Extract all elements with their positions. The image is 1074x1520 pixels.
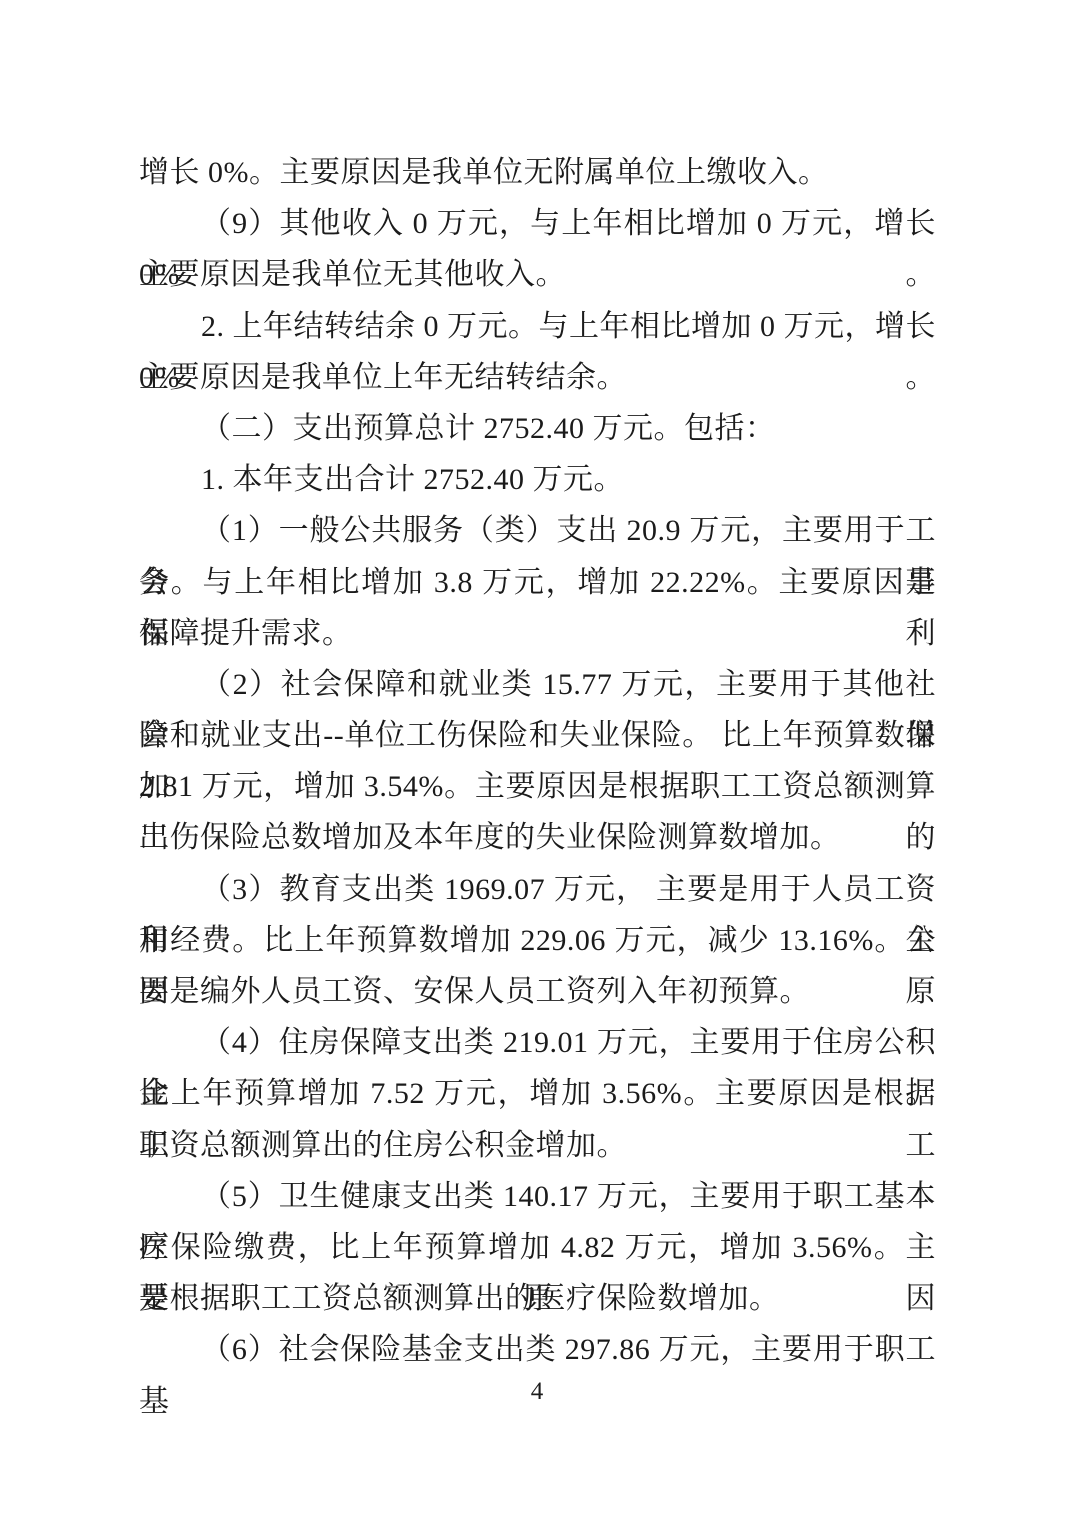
- text-line: （1）一般公共服务（类）支出 20.9 万元，主要用于工会事: [139, 505, 936, 556]
- text-line: （9）其他收入 0 万元，与上年相比增加 0 万元，增长 0%。: [139, 198, 936, 249]
- text-line: 1. 本年支出合计 2752.40 万元。: [139, 454, 936, 505]
- page-number: 4: [0, 1377, 1074, 1407]
- text-line: （4）住房保障支出类 219.01 万元，主要用于住房公积金。: [139, 1017, 936, 1068]
- text-line: 障和就业支出--单位工伤保险和失业保险。 比上年预算数增加: [139, 710, 936, 761]
- text-line: 增长 0%。主要原因是我单位无附属单位上缴收入。: [139, 147, 936, 198]
- text-line: （3）教育支出类 1969.07 万元， 主要是用于人员工资和公: [139, 864, 936, 915]
- text-line: 工伤保险总数增加及本年度的失业保险测算数增加。: [139, 812, 936, 863]
- text-line: 2. 上年结转结余 0 万元。与上年相比增加 0 万元，增长 0%。: [139, 301, 936, 352]
- text-line: （2）社会保障和就业类 15.77 万元，主要用于其他社会保: [139, 659, 936, 710]
- text-line: 务。与上年相比增加 3.8 万元，增加 22.22%。主要原因是福利: [139, 557, 936, 608]
- document-page: 增长 0%。主要原因是我单位无附属单位上缴收入。（9）其他收入 0 万元，与上年…: [0, 0, 1074, 1520]
- text-line: （6）社会保险基金支出类 297.86 万元，主要用于职工基: [139, 1324, 936, 1375]
- text-line: （二）支出预算总计 2752.40 万元。包括：: [139, 403, 936, 454]
- text-line: 疗保险缴费，比上年预算增加 4.82 万元，增加 3.56%。主要原因: [139, 1222, 936, 1273]
- text-line: 比上年预算增加 7.52 万元，增加 3.56%。主要原因是根据职工: [139, 1068, 936, 1119]
- text-line: （5）卫生健康支出类 140.17 万元，主要用于职工基本医: [139, 1171, 936, 1222]
- text-line: 用经费。比上年预算数增加 229.06 万元，减少 13.16%。主要原: [139, 915, 936, 966]
- text-line: 2.81 万元，增加 3.54%。主要原因是根据职工工资总额测算出的: [139, 761, 936, 812]
- document-body: 增长 0%。主要原因是我单位无附属单位上缴收入。（9）其他收入 0 万元，与上年…: [139, 147, 936, 1376]
